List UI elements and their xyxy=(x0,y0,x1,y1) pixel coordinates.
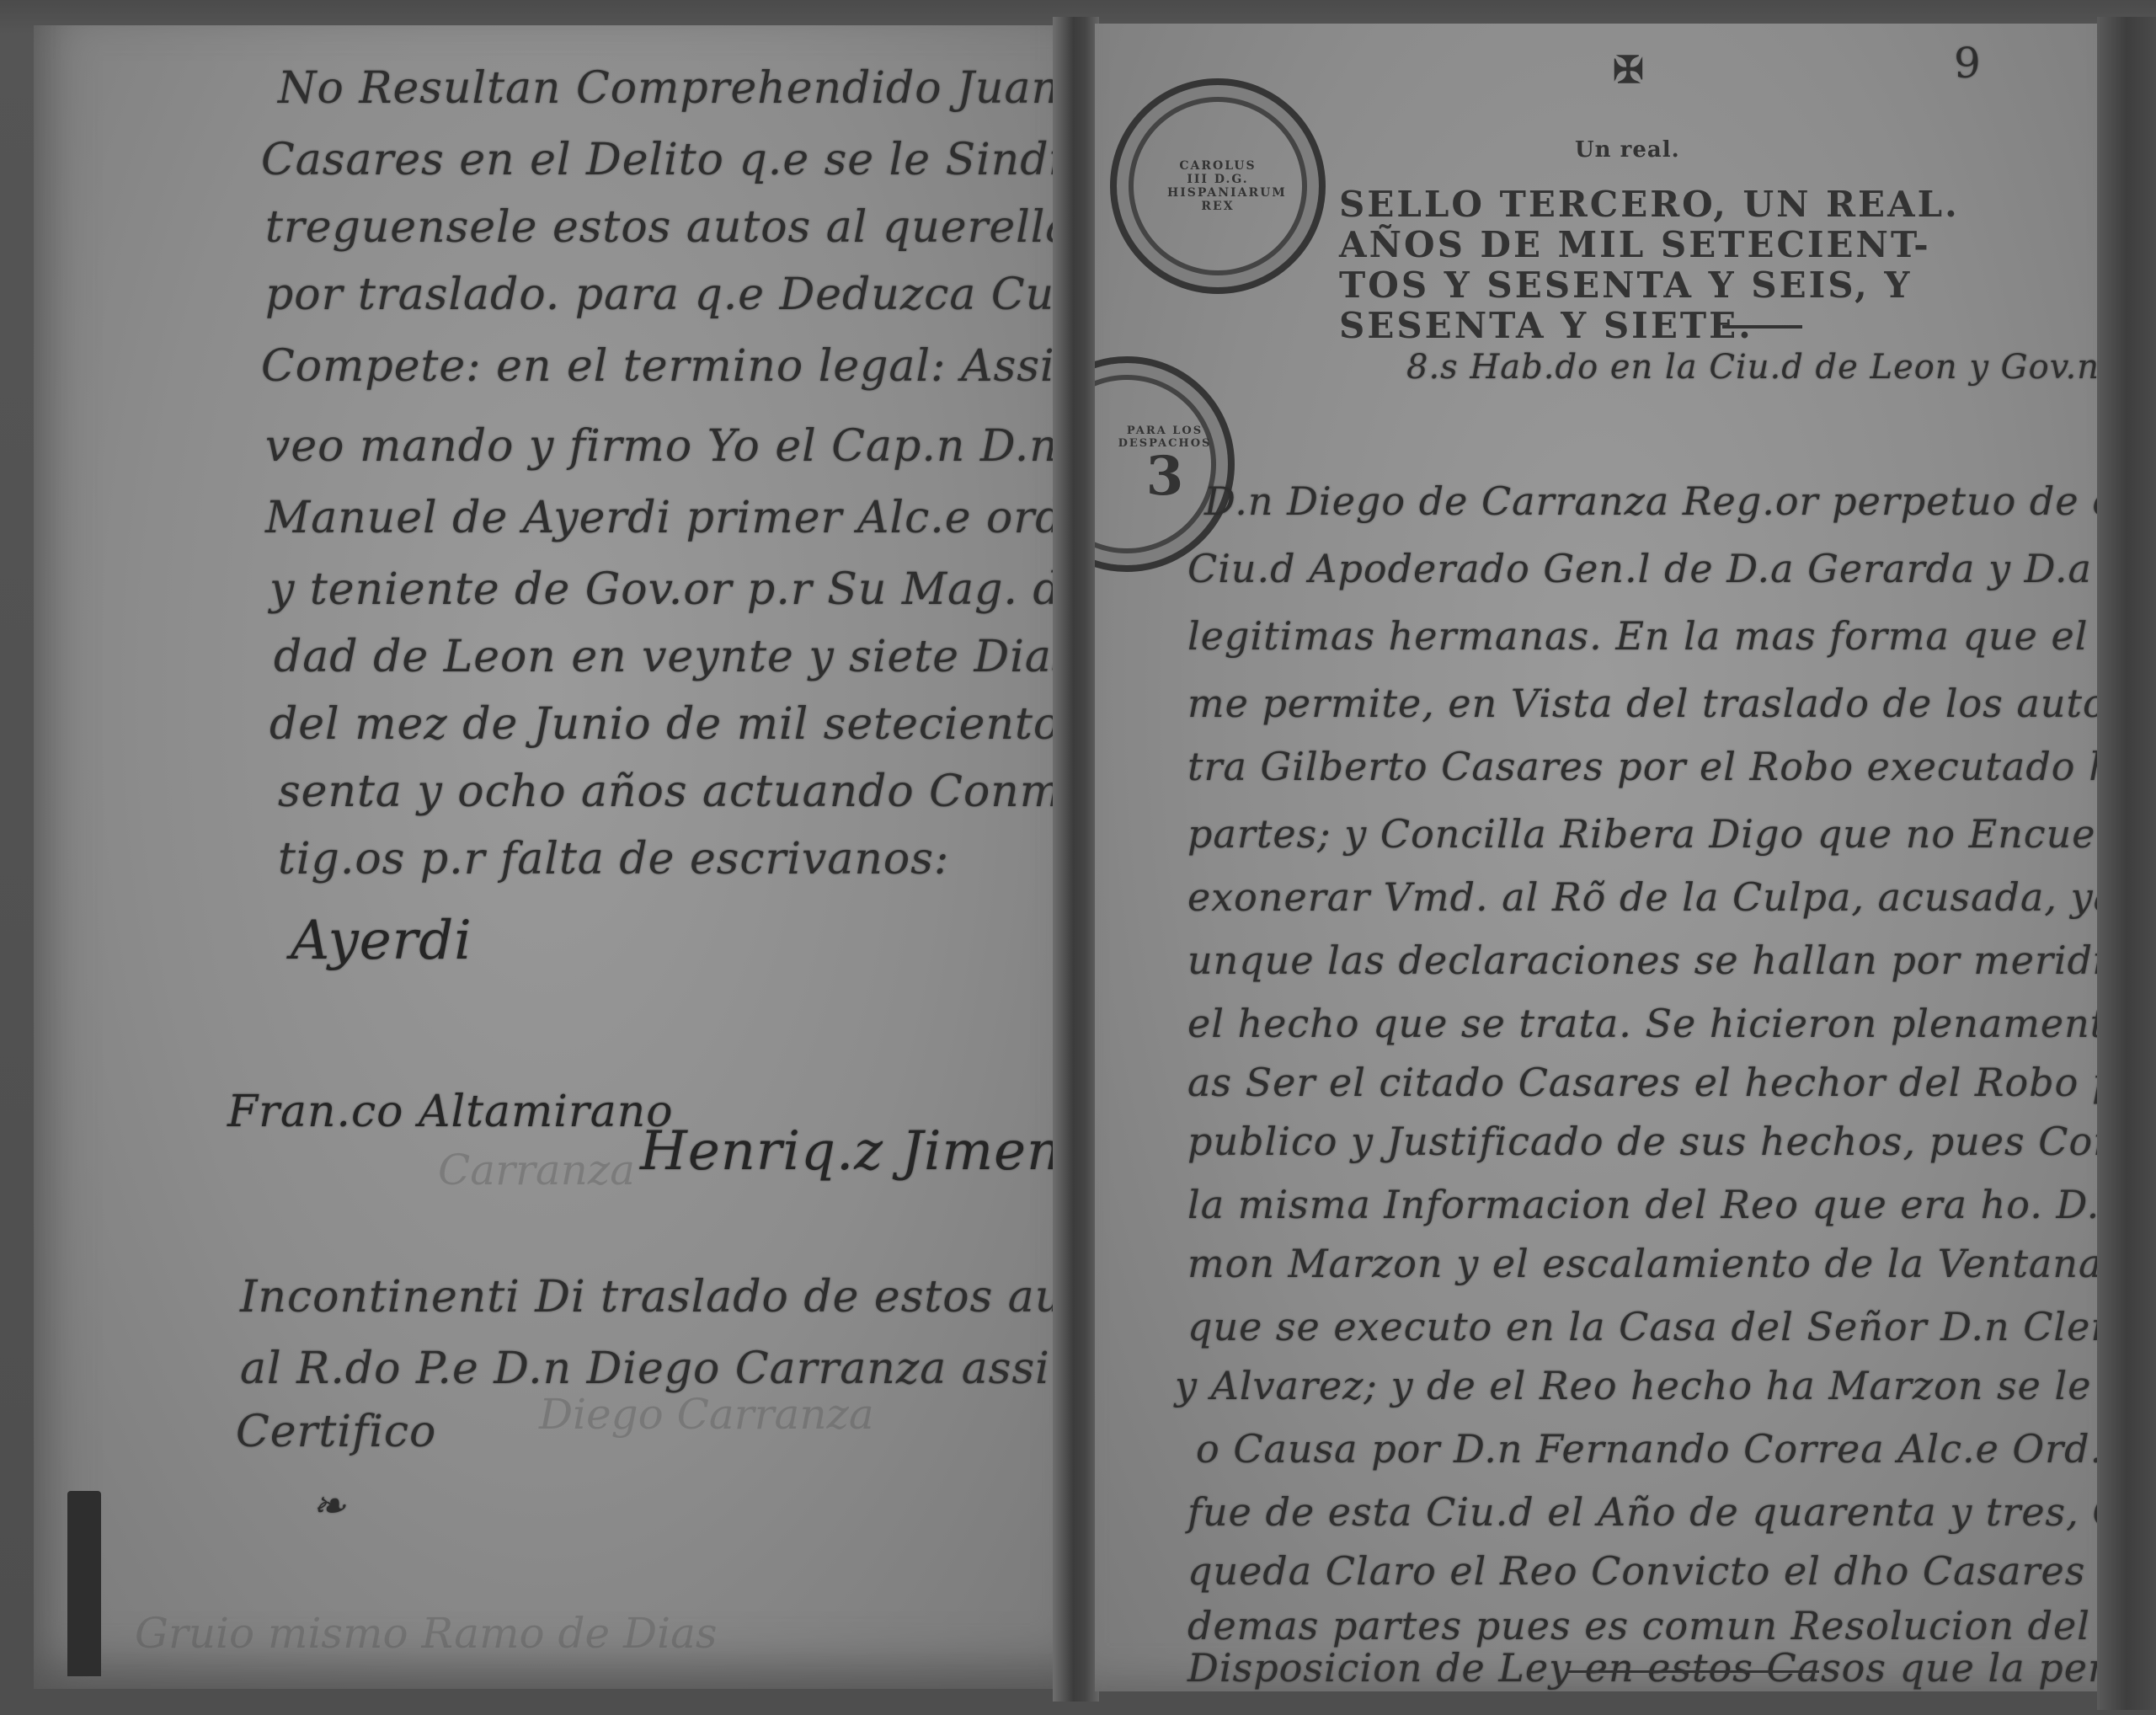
manuscript-line: D.n Diego de Carranza Reg.or perpetuo de… xyxy=(1204,478,2101,524)
royal-seal-label: CAROLUS III D.G. HISPANIARUM REX xyxy=(1167,159,1268,213)
manuscript-line: No Resultan Comprehendido Juan Gilberto xyxy=(278,63,1057,114)
stamp-rule xyxy=(1722,325,1802,329)
manuscript-line: unque las declaraciones se hallan por me… xyxy=(1187,938,2101,983)
seal-number: 3 xyxy=(1146,450,1184,504)
stamp-small-label: Un real. xyxy=(1575,137,1680,163)
manuscript-line: el hecho que se trata. Se hicieron plena… xyxy=(1187,1001,2101,1046)
manuscript-line: senta y ocho años actuando Conmis tes xyxy=(278,767,1057,817)
manuscript-line: publico y Justificado de sus hechos, pue… xyxy=(1187,1119,2101,1164)
manuscript-line: demas partes pues es comun Resolucion de… xyxy=(1187,1603,2101,1648)
stamp-header-line: AÑOS DE MIL SETECIENT- xyxy=(1339,224,1931,265)
manuscript-line: queda Claro el Reo Convicto el dho Casar… xyxy=(1187,1548,2101,1594)
stamp-header-line: TOS Y SESENTA Y SEIS, Y xyxy=(1339,264,1912,306)
bleed-through-text: Carranza xyxy=(438,1146,635,1194)
manuscript-line: fue de esta Ciu.d el Año de quarenta y t… xyxy=(1187,1489,2101,1535)
cross-icon: ✠ xyxy=(1613,49,1646,92)
scan-right-edge xyxy=(2097,17,2156,1710)
manuscript-line: Certifico xyxy=(236,1407,436,1457)
manuscript-line: que se executo en la Casa del Señor D.n … xyxy=(1187,1304,2101,1349)
stamp-header-line: SELLO TERCERO, UN REAL. xyxy=(1339,184,1960,225)
folio-number: 9 xyxy=(1954,39,1982,88)
manuscript-line: y teniente de Gov.or p.r Su Mag. de esta… xyxy=(269,564,1057,615)
left-page: Carranza Diego Carranza Gruio mismo Ramo… xyxy=(34,25,1057,1689)
manuscript-line: legitimas hermanas. En la mas forma que … xyxy=(1187,613,2101,659)
signature-witness: Henriq.z Jimenez xyxy=(640,1120,1057,1183)
manuscript-line: treguensele estos autos al querellante xyxy=(265,202,1057,253)
manuscript-line: veo mando y firmo Yo el Cap.n D.n Pedro xyxy=(265,421,1057,472)
manuscript-line: Casares en el Delito q.e se le Sindica, … xyxy=(261,135,1057,185)
page-end-rule xyxy=(1566,1670,1819,1673)
manuscript-line: partes; y Concilla Ribera Digo que no En… xyxy=(1187,811,2101,857)
despachos-seal-stamp: PARA LOS DESPACHOS 3 xyxy=(1095,356,1235,572)
manuscript-line: por traslado. para q.e Deduzca Cuanto le xyxy=(265,270,1057,320)
manuscript-line: Ciu.d Apoderado Gen.l de D.a Gerarda y D… xyxy=(1187,546,2101,591)
bleed-through-text: Gruio mismo Ramo de Dias xyxy=(135,1609,718,1658)
manuscript-line: Compete: en el termino legal: Assi lo pr… xyxy=(261,341,1057,392)
manuscript-line: y Alvarez; y de el Reo hecho ha Marzon s… xyxy=(1175,1363,2101,1408)
manuscript-line: la misma Informacion del Reo que era ho.… xyxy=(1187,1182,2101,1227)
manuscript-line: del mez de Junio de mil setecientos Se xyxy=(269,699,1057,750)
manuscript-line: dad de Leon en veynte y siete Dias xyxy=(274,632,1057,682)
bleed-through-text: Diego Carranza xyxy=(539,1390,874,1439)
habilitation-line: 8.s Hab.do en la Ciu.d de Leon y Gov.no xyxy=(1406,348,2101,387)
manuscript-line: al R.do P.e D.n Diego Carranza assi lo xyxy=(240,1344,1057,1394)
binding-clip xyxy=(67,1491,101,1676)
manuscript-line: mon Marzon y el escalamiento de la Venta… xyxy=(1187,1241,2101,1286)
rubric-flourish: ❧ xyxy=(312,1483,346,1530)
stamp-header-line: SESENTA Y SIETE. xyxy=(1339,305,1753,346)
manuscript-line: o Causa por D.n Fernando Correa Alc.e Or… xyxy=(1196,1426,2101,1472)
signature-witness: Fran.co Altamirano xyxy=(227,1087,674,1137)
signature-ayerdi: Ayerdi xyxy=(291,910,472,972)
manuscript-line: as Ser el citado Casares el hechor del R… xyxy=(1187,1060,2101,1105)
manuscript-line: Manuel de Ayerdi primer Alc.e ordinario xyxy=(265,493,1057,543)
manuscript-line: tig.os p.r falta de escrivanos: xyxy=(278,834,949,884)
manuscript-line: Incontinenti Di traslado de estos autos xyxy=(240,1272,1057,1322)
book-gutter xyxy=(1053,17,1099,1702)
manuscript-line: tra Gilberto Casares por el Robo executa… xyxy=(1187,744,2101,789)
royal-seal-stamp: CAROLUS III D.G. HISPANIARUM REX xyxy=(1110,78,1326,294)
manuscript-line: exonerar Vmd. al Rõ de la Culpa, acusada… xyxy=(1187,874,2101,920)
right-page: 9 CAROLUS III D.G. HISPANIARUM REX ✠ Un … xyxy=(1095,24,2101,1691)
manuscript-line: Disposicion de Ley en estos Casos que la… xyxy=(1187,1645,2101,1691)
manuscript-line: me permite, en Vista del traslado de los… xyxy=(1187,681,2101,726)
